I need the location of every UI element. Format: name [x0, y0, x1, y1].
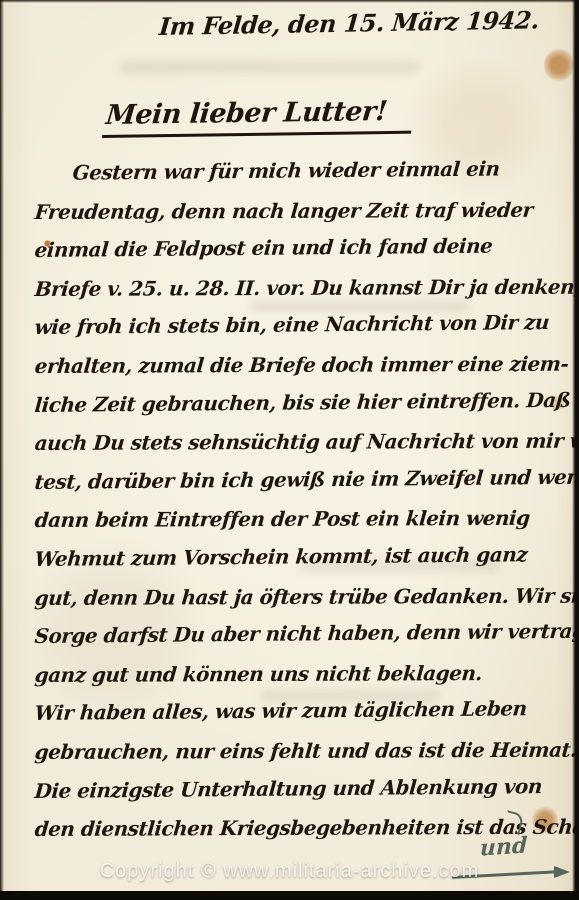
letter-body-line: gut, denn Du hast ja öfters trübe Gedank… — [33, 578, 556, 619]
letter-body-line: Wehmut zum Vorschein kommt, ist auch gan… — [33, 537, 556, 581]
verso-showthrough — [120, 60, 420, 74]
letter-body-line: Gestern war für mich wieder einmal ein — [33, 151, 556, 195]
letter-dateline: Im Felde, den 15. März 1942. — [158, 5, 540, 41]
letter-body-line: Die einzigste Unterhaltung und Ablenkung… — [33, 768, 556, 812]
letter-body-line: Briefe v. 25. u. 28. II. vor. Du kannst … — [33, 269, 556, 310]
scan-edge-right — [572, 0, 579, 900]
letter-body-line: Sorge darfst Du aber nicht haben, denn w… — [33, 614, 556, 658]
letter-body-line: wie froh ich stets bin, eine Nachricht v… — [33, 305, 556, 349]
letter-body-line: test, darüber bin ich gewiß nie im Zweif… — [33, 460, 556, 504]
scan-edge-left — [0, 0, 4, 900]
letter-salutation: Mein lieber Lutter! — [102, 96, 414, 138]
letter-body-line: gebrauchen, nur eins fehlt und das ist d… — [33, 733, 556, 774]
letter-body-line: erhalten, zumal die Briefe doch immer ei… — [33, 347, 556, 388]
letter-body-line: Wir haben alles, was wir zum täglichen L… — [33, 691, 556, 735]
scan-edge-top — [0, 0, 579, 3]
letter-body-line: liche Zeit gebrauchen, bis sie hier eint… — [33, 383, 556, 427]
letter-body-line: ganz gut und können uns nicht beklagen. — [33, 655, 556, 696]
letter-body: Gestern war für mich wieder einmal einFr… — [33, 156, 553, 851]
scan-edge-bottom — [0, 891, 579, 900]
letter-body-line: auch Du stets sehnsüchtig auf Nachricht … — [33, 424, 556, 465]
copyright-watermark: Copyright © www.militaria-archive.com — [0, 860, 579, 883]
paper-stain — [544, 48, 574, 82]
letter-body-line: Freudentag, denn nach langer Zeit traf w… — [33, 192, 556, 233]
continuation-word: und — [480, 832, 528, 861]
letter-body-line: dann beim Eintreffen der Post ein klein … — [33, 501, 556, 542]
letter-page: Im Felde, den 15. März 1942. Mein lieber… — [0, 0, 579, 900]
letter-body-line: einmal die Feldpost ein und ich fand dei… — [33, 228, 556, 272]
